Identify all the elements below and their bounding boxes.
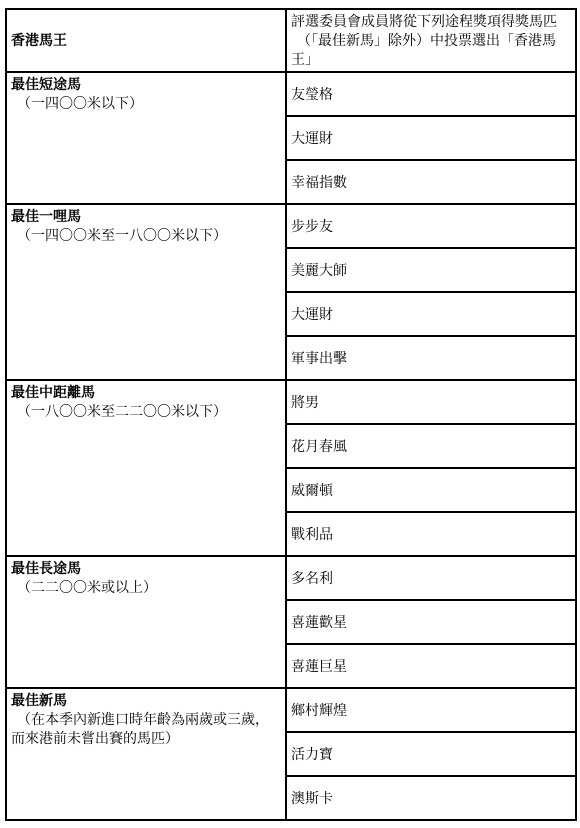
category-name: 最佳新馬 [11, 691, 281, 710]
horse-cell: 花月春風 [286, 424, 576, 468]
category-criteria: （二二〇〇米或以上） [11, 578, 281, 597]
horse-cell: 戰利品 [286, 512, 576, 556]
table-row: 最佳中距離馬 （一八〇〇米至二二〇〇米以下） 將男 [6, 380, 576, 424]
selection-note-line2: （「最佳新馬」除外）中投票選出「香港馬王」 [291, 31, 571, 69]
horse-cell: 將男 [286, 380, 576, 424]
horse-cell: 幸福指數 [286, 160, 576, 204]
table-row: 最佳新馬 （在本季內新進口時年齡為兩歲或三歲，而來港前未嘗出賽的馬匹） 鄉村輝煌 [6, 688, 576, 732]
category-name: 最佳一哩馬 [11, 207, 281, 226]
horse-cell: 步步友 [286, 204, 576, 248]
award-title-cell: 香港馬王 [6, 9, 286, 72]
category-name: 最佳中距離馬 [11, 383, 281, 402]
table-row: 最佳短途馬 （一四〇〇米以下） 友瑩格 [6, 72, 576, 116]
horse-cell: 鄉村輝煌 [286, 688, 576, 732]
category-cell: 最佳短途馬 （一四〇〇米以下） [6, 72, 286, 204]
awards-table: 香港馬王 評選委員會成員將從下列途程獎項得獎馬匹 （「最佳新馬」除外）中投票選出… [5, 8, 577, 821]
horse-cell: 喜蓮歡星 [286, 600, 576, 644]
category-criteria: （一四〇〇米至一八〇〇米以下） [11, 226, 281, 245]
horse-cell: 友瑩格 [286, 72, 576, 116]
horse-cell: 活力寶 [286, 732, 576, 776]
horse-cell: 美麗大師 [286, 248, 576, 292]
horse-cell: 威爾頓 [286, 468, 576, 512]
category-name: 最佳長途馬 [11, 559, 281, 578]
category-cell: 最佳中距離馬 （一八〇〇米至二二〇〇米以下） [6, 380, 286, 556]
horse-cell: 軍事出擊 [286, 336, 576, 380]
category-criteria: （一四〇〇米以下） [11, 94, 281, 113]
category-cell: 最佳新馬 （在本季內新進口時年齡為兩歲或三歲，而來港前未嘗出賽的馬匹） [6, 688, 286, 820]
category-cell: 最佳長途馬 （二二〇〇米或以上） [6, 556, 286, 688]
award-title: 香港馬王 [11, 32, 67, 48]
header-row: 香港馬王 評選委員會成員將從下列途程獎項得獎馬匹 （「最佳新馬」除外）中投票選出… [6, 9, 576, 72]
horse-cell: 大運財 [286, 292, 576, 336]
horse-cell: 大運財 [286, 116, 576, 160]
table-row: 最佳長途馬 （二二〇〇米或以上） 多名利 [6, 556, 576, 600]
horse-cell: 喜蓮巨星 [286, 644, 576, 688]
category-name: 最佳短途馬 [11, 75, 281, 94]
category-criteria: （一八〇〇米至二二〇〇米以下） [11, 402, 281, 421]
category-cell: 最佳一哩馬 （一四〇〇米至一八〇〇米以下） [6, 204, 286, 380]
horse-cell: 多名利 [286, 556, 576, 600]
horse-cell: 澳斯卡 [286, 776, 576, 820]
table-row: 最佳一哩馬 （一四〇〇米至一八〇〇米以下） 步步友 [6, 204, 576, 248]
selection-note-cell: 評選委員會成員將從下列途程獎項得獎馬匹 （「最佳新馬」除外）中投票選出「香港馬王… [286, 9, 576, 72]
category-criteria: （在本季內新進口時年齡為兩歲或三歲，而來港前未嘗出賽的馬匹） [11, 710, 281, 748]
selection-note-line1: 評選委員會成員將從下列途程獎項得獎馬匹 [291, 12, 571, 31]
